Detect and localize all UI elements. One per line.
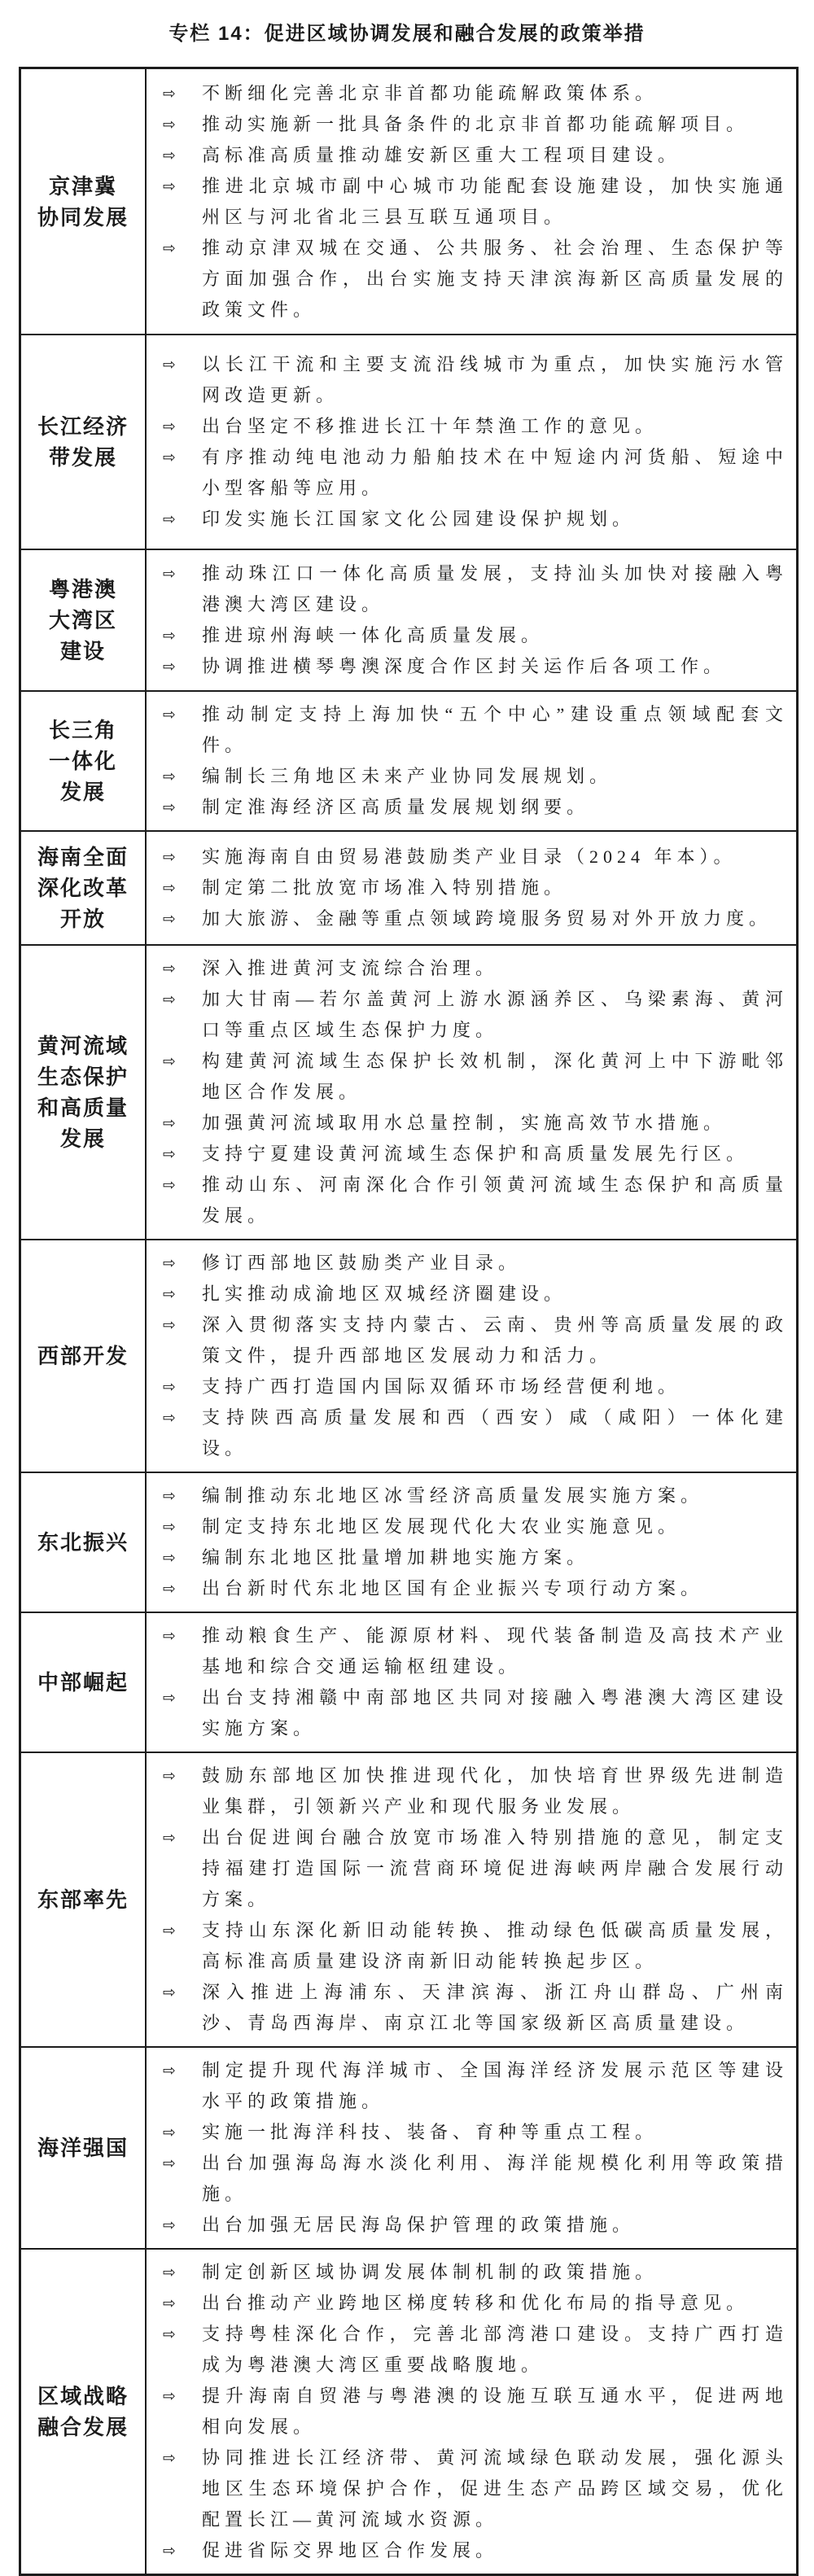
arrow-bullet-icon: ⇨ xyxy=(163,984,176,1015)
item-text: 深入推进黄河支流综合治理。 xyxy=(202,958,498,978)
items-cell: ⇨深入推进黄河支流综合治理。⇨加大甘南—若尔盖黄河上游水源涵养区、乌梁素海、黄河… xyxy=(147,946,796,1239)
table-row: 长三角一体化发展 ⇨推动制定支持上海加快“五个中心”建设重点领域配套文件。⇨编制… xyxy=(21,690,796,830)
items-cell: ⇨修订西部地区鼓励类产业目录。⇨扎实推动成渝地区双城经济圈建设。⇨深入贯彻落实支… xyxy=(147,1240,796,1472)
table-row: 西部开发 ⇨修订西部地区鼓励类产业目录。⇨扎实推动成渝地区双城经济圈建设。⇨深入… xyxy=(21,1239,796,1472)
category-cell: 中部崛起 xyxy=(21,1613,147,1752)
policy-item: ⇨深入贯彻落实支持内蒙古、云南、贵州等高质量发展的政策文件，提升西部地区发展动力… xyxy=(147,1310,788,1371)
item-text: 制定第二批放宽市场准入特别措施。 xyxy=(202,877,567,898)
policy-item: ⇨出台新时代东北地区国有企业振兴专项行动方案。 xyxy=(147,1573,788,1604)
arrow-bullet-icon: ⇨ xyxy=(163,761,176,792)
arrow-bullet-icon: ⇨ xyxy=(163,442,176,473)
policy-item: ⇨编制推动东北地区冰雪经济高质量发展实施方案。 xyxy=(147,1480,788,1511)
policy-item: ⇨不断细化完善北京非首都功能疏解政策体系。 xyxy=(147,78,788,109)
table-row: 粤港澳大湾区建设 ⇨推动珠江口一体化高质量发展，支持汕头加快对接融入粤港澳大湾区… xyxy=(21,549,796,690)
item-text: 推动实施新一批具备条件的北京非首都功能疏解项目。 xyxy=(202,114,749,134)
arrow-bullet-icon: ⇨ xyxy=(163,2055,176,2086)
table-row: 长江经济带发展 ⇨以长江干流和主要支流沿线城市为重点，加快实施污水管网改造更新。… xyxy=(21,334,796,549)
policy-item: ⇨制定淮海经济区高质量发展规划纲要。 xyxy=(147,792,788,823)
category-label-line: 建设 xyxy=(60,636,106,667)
item-text: 协调推进横琴粤澳深度合作区封关运作后各项工作。 xyxy=(202,656,726,676)
category-label-line: 长三角 xyxy=(49,715,117,746)
item-text: 出台推动产业跨地区梯度转移和优化布局的指导意见。 xyxy=(202,2293,749,2313)
policy-item: ⇨支持广西打造国内国际双循环市场经营便利地。 xyxy=(147,1371,788,1402)
item-text: 编制东北地区批量增加耕地实施方案。 xyxy=(202,1547,589,1568)
policy-item: ⇨支持宁夏建设黄河流域生态保护和高质量发展先行区。 xyxy=(147,1139,788,1170)
item-text: 制定支持东北地区发展现代化大农业实施意见。 xyxy=(202,1516,681,1537)
item-text: 出台新时代东北地区国有企业振兴专项行动方案。 xyxy=(202,1578,703,1599)
arrow-bullet-icon: ⇨ xyxy=(163,1371,176,1402)
policy-item: ⇨推进北京城市副中心城市功能配套设施建设，加快实施通州区与河北省北三县互联互通项… xyxy=(147,171,788,233)
arrow-bullet-icon: ⇨ xyxy=(163,558,176,589)
arrow-bullet-icon: ⇨ xyxy=(163,1620,176,1651)
item-text: 出台促进闽台融合放宽市场准入特别措施的意见，制定支持福建打造国际一流营商环境促进… xyxy=(202,1827,788,1909)
category-label-line: 海南全面 xyxy=(37,842,129,873)
policy-item: ⇨编制长三角地区未来产业协同发展规划。 xyxy=(147,761,788,792)
arrow-bullet-icon: ⇨ xyxy=(163,651,176,682)
arrow-bullet-icon: ⇨ xyxy=(163,1915,176,1946)
policy-item: ⇨制定创新区域协调发展体制机制的政策措施。 xyxy=(147,2257,788,2288)
category-label-line: 和高质量 xyxy=(37,1092,129,1123)
category-cell: 区域战略融合发展 xyxy=(21,2250,147,2574)
category-cell: 海南全面深化改革开放 xyxy=(21,832,147,944)
arrow-bullet-icon: ⇨ xyxy=(163,842,176,873)
arrow-bullet-icon: ⇨ xyxy=(163,699,176,730)
item-text: 有序推动纯电池动力船舶技术在中短途内河货船、短途中小型客船等应用。 xyxy=(202,447,788,498)
policy-item: ⇨加强黄河流域取用水总量控制，实施高效节水措施。 xyxy=(147,1108,788,1139)
table-row: 区域战略融合发展 ⇨制定创新区域协调发展体制机制的政策措施。⇨出台推动产业跨地区… xyxy=(21,2248,796,2574)
item-text: 加大旅游、金融等重点领域跨境服务贸易对外开放力度。 xyxy=(202,908,772,929)
arrow-bullet-icon: ⇨ xyxy=(163,2148,176,2179)
arrow-bullet-icon: ⇨ xyxy=(163,504,176,535)
category-cell: 黄河流域生态保护和高质量发展 xyxy=(21,946,147,1239)
item-text: 提升海南自贸港与粤港澳的设施互联互通水平，促进两地相向发展。 xyxy=(202,2386,788,2437)
policy-item: ⇨实施海南自由贸易港鼓励类产业目录（2024 年本）。 xyxy=(147,842,788,873)
policy-item: ⇨支持粤桂深化合作，完善北部湾港口建设。支持广西打造成为粤港澳大湾区重要战略腹地… xyxy=(147,2319,788,2381)
category-cell: 海洋强国 xyxy=(21,2048,147,2248)
arrow-bullet-icon: ⇨ xyxy=(163,78,176,109)
arrow-bullet-icon: ⇨ xyxy=(163,1511,176,1542)
policy-item: ⇨制定支持东北地区发展现代化大农业实施意见。 xyxy=(147,1511,788,1542)
items-cell: ⇨推动粮食生产、能源原材料、现代装备制造及高技术产业基地和综合交通运输枢纽建设。… xyxy=(147,1613,796,1752)
arrow-bullet-icon: ⇨ xyxy=(163,792,176,823)
category-label-line: 生态保护 xyxy=(37,1061,129,1092)
category-cell: 粤港澳大湾区建设 xyxy=(21,550,147,690)
policy-item: ⇨支持山东深化新旧动能转换、推动绿色低碳高质量发展，高标准高质量建设济南新旧动能… xyxy=(147,1915,788,1977)
arrow-bullet-icon: ⇨ xyxy=(163,953,176,984)
category-label-line: 东北振兴 xyxy=(37,1527,129,1558)
category-cell: 长三角一体化发展 xyxy=(21,692,147,830)
item-text: 支持宁夏建设黄河流域生态保护和高质量发展先行区。 xyxy=(202,1144,749,1164)
policy-item: ⇨有序推动纯电池动力船舶技术在中短途内河货船、短途中小型客船等应用。 xyxy=(147,442,788,504)
arrow-bullet-icon: ⇨ xyxy=(163,1279,176,1310)
items-cell: ⇨不断细化完善北京非首都功能疏解政策体系。⇨推动实施新一批具备条件的北京非首都功… xyxy=(147,69,796,334)
arrow-bullet-icon: ⇨ xyxy=(163,1310,176,1340)
item-text: 促进省际交界地区合作发展。 xyxy=(202,2540,498,2561)
policy-item: ⇨实施一批海洋科技、装备、育种等重点工程。 xyxy=(147,2117,788,2148)
policy-item: ⇨出台坚定不移推进长江十年禁渔工作的意见。 xyxy=(147,411,788,442)
item-text: 支持陕西高质量发展和西（西安）咸（咸阳）一体化建设。 xyxy=(202,1407,788,1459)
policy-item: ⇨协同推进长江经济带、黄河流域绿色联动发展，强化源头地区生态环境保护合作，促进生… xyxy=(147,2443,788,2535)
category-label-line: 协同发展 xyxy=(37,202,129,233)
arrow-bullet-icon: ⇨ xyxy=(163,2257,176,2288)
category-label-line: 深化改革 xyxy=(37,873,129,903)
arrow-bullet-icon: ⇨ xyxy=(163,233,176,264)
policy-item: ⇨出台加强海岛海水淡化利用、海洋能规模化利用等政策措施。 xyxy=(147,2148,788,2210)
arrow-bullet-icon: ⇨ xyxy=(163,411,176,442)
policy-item: ⇨编制东北地区批量增加耕地实施方案。 xyxy=(147,1542,788,1573)
item-text: 协同推进长江经济带、黄河流域绿色联动发展，强化源头地区生态环境保护合作，促进生态… xyxy=(202,2447,788,2530)
policy-item: ⇨以长江干流和主要支流沿线城市为重点，加快实施污水管网改造更新。 xyxy=(147,349,788,411)
arrow-bullet-icon: ⇨ xyxy=(163,1108,176,1139)
items-cell: ⇨推动珠江口一体化高质量发展，支持汕头加快对接融入粤港澳大湾区建设。⇨推进琼州海… xyxy=(147,550,796,690)
arrow-bullet-icon: ⇨ xyxy=(163,1402,176,1433)
arrow-bullet-icon: ⇨ xyxy=(163,1480,176,1511)
arrow-bullet-icon: ⇨ xyxy=(163,1760,176,1791)
policy-item: ⇨推动山东、河南深化合作引领黄河流域生态保护和高质量发展。 xyxy=(147,1170,788,1231)
category-label-line: 带发展 xyxy=(49,442,117,473)
table-row: 京津冀协同发展 ⇨不断细化完善北京非首都功能疏解政策体系。⇨推动实施新一批具备条… xyxy=(21,69,796,334)
arrow-bullet-icon: ⇨ xyxy=(163,2535,176,2566)
policy-item: ⇨支持陕西高质量发展和西（西安）咸（咸阳）一体化建设。 xyxy=(147,1402,788,1464)
arrow-bullet-icon: ⇨ xyxy=(163,1139,176,1170)
policy-item: ⇨加大旅游、金融等重点领域跨境服务贸易对外开放力度。 xyxy=(147,903,788,934)
item-text: 编制推动东北地区冰雪经济高质量发展实施方案。 xyxy=(202,1485,703,1506)
arrow-bullet-icon: ⇨ xyxy=(163,1977,176,2008)
category-label-line: 粤港澳 xyxy=(49,574,117,605)
arrow-bullet-icon: ⇨ xyxy=(163,349,176,380)
category-cell: 东部率先 xyxy=(21,1753,147,2046)
arrow-bullet-icon: ⇨ xyxy=(163,903,176,934)
table-row: 中部崛起 ⇨推动粮食生产、能源原材料、现代装备制造及高技术产业基地和综合交通运输… xyxy=(21,1612,796,1752)
item-text: 制定提升现代海洋城市、全国海洋经济发展示范区等建设水平的政策措施。 xyxy=(202,2060,788,2111)
arrow-bullet-icon: ⇨ xyxy=(163,2443,176,2473)
item-text: 推动山东、河南深化合作引领黄河流域生态保护和高质量发展。 xyxy=(202,1174,788,1226)
arrow-bullet-icon: ⇨ xyxy=(163,1542,176,1573)
category-cell: 东北振兴 xyxy=(21,1473,147,1612)
item-text: 修订西部地区鼓励类产业目录。 xyxy=(202,1253,521,1273)
arrow-bullet-icon: ⇨ xyxy=(163,873,176,903)
item-text: 实施海南自由贸易港鼓励类产业目录（2024 年本）。 xyxy=(202,846,737,867)
arrow-bullet-icon: ⇨ xyxy=(163,2210,176,2241)
item-text: 不断细化完善北京非首都功能疏解政策体系。 xyxy=(202,83,658,103)
category-label-line: 海洋强国 xyxy=(37,2132,129,2163)
policy-item: ⇨扎实推动成渝地区双城经济圈建设。 xyxy=(147,1279,788,1310)
arrow-bullet-icon: ⇨ xyxy=(163,1046,176,1077)
policy-item: ⇨构建黄河流域生态保护长效机制，深化黄河上中下游毗邻地区合作发展。 xyxy=(147,1046,788,1108)
arrow-bullet-icon: ⇨ xyxy=(163,1573,176,1604)
policy-item: ⇨修订西部地区鼓励类产业目录。 xyxy=(147,1248,788,1279)
category-label-line: 区域战略 xyxy=(37,2381,129,2412)
category-label-line: 长江经济 xyxy=(37,411,129,442)
arrow-bullet-icon: ⇨ xyxy=(163,140,176,171)
policy-item: ⇨高标准高质量推动雄安新区重大工程项目建设。 xyxy=(147,140,788,171)
category-label-line: 黄河流域 xyxy=(37,1030,129,1061)
item-text: 以长江干流和主要支流沿线城市为重点，加快实施污水管网改造更新。 xyxy=(202,354,788,405)
item-text: 支持山东深化新旧动能转换、推动绿色低碳高质量发展，高标准高质量建设济南新旧动能转… xyxy=(202,1920,788,1971)
policy-item: ⇨出台促进闽台融合放宽市场准入特别措施的意见，制定支持福建打造国际一流营商环境促… xyxy=(147,1822,788,1915)
items-cell: ⇨编制推动东北地区冰雪经济高质量发展实施方案。⇨制定支持东北地区发展现代化大农业… xyxy=(147,1473,796,1612)
category-label-line: 大湾区 xyxy=(49,605,117,636)
policy-table: 京津冀协同发展 ⇨不断细化完善北京非首都功能疏解政策体系。⇨推动实施新一批具备条… xyxy=(19,67,799,2576)
policy-item: ⇨制定提升现代海洋城市、全国海洋经济发展示范区等建设水平的政策措施。 xyxy=(147,2055,788,2117)
arrow-bullet-icon: ⇨ xyxy=(163,1822,176,1853)
item-text: 出台支持湘赣中南部地区共同对接融入粤港澳大湾区建设实施方案。 xyxy=(202,1687,788,1738)
item-text: 高标准高质量推动雄安新区重大工程项目建设。 xyxy=(202,145,681,165)
policy-item: ⇨提升海南自贸港与粤港澳的设施互联互通水平，促进两地相向发展。 xyxy=(147,2381,788,2443)
category-cell: 长江经济带发展 xyxy=(21,335,147,549)
item-text: 加大甘南—若尔盖黄河上游水源涵养区、乌梁素海、黄河口等重点区域生态保护力度。 xyxy=(202,989,788,1040)
items-cell: ⇨推动制定支持上海加快“五个中心”建设重点领域配套文件。⇨编制长三角地区未来产业… xyxy=(147,692,796,830)
item-text: 深入贯彻落实支持内蒙古、云南、贵州等高质量发展的政策文件，提升西部地区发展动力和… xyxy=(202,1314,788,1366)
policy-item: ⇨促进省际交界地区合作发展。 xyxy=(147,2535,788,2566)
category-label-line: 东部率先 xyxy=(37,1884,129,1915)
policy-item: ⇨推动珠江口一体化高质量发展，支持汕头加快对接融入粤港澳大湾区建设。 xyxy=(147,558,788,620)
item-text: 支持广西打造国内国际双循环市场经营便利地。 xyxy=(202,1376,681,1397)
category-label-line: 中部崛起 xyxy=(37,1667,129,1698)
item-text: 出台加强无居民海岛保护管理的政策措施。 xyxy=(202,2215,635,2235)
policy-item: ⇨协调推进横琴粤澳深度合作区封关运作后各项工作。 xyxy=(147,651,788,682)
arrow-bullet-icon: ⇨ xyxy=(163,171,176,202)
policy-item: ⇨推动京津双城在交通、公共服务、社会治理、生态保护等方面加强合作，出台实施支持天… xyxy=(147,233,788,326)
item-text: 编制长三角地区未来产业协同发展规划。 xyxy=(202,766,612,786)
item-text: 推进北京城市副中心城市功能配套设施建设，加快实施通州区与河北省北三县互联互通项目… xyxy=(202,176,788,227)
item-text: 推动京津双城在交通、公共服务、社会治理、生态保护等方面加强合作，出台实施支持天津… xyxy=(202,238,788,320)
table-row: 东北振兴 ⇨编制推动东北地区冰雪经济高质量发展实施方案。⇨制定支持东北地区发展现… xyxy=(21,1472,796,1612)
arrow-bullet-icon: ⇨ xyxy=(163,1248,176,1279)
policy-item: ⇨鼓励东部地区加快推进现代化，加快培育世界级先进制造业集群，引领新兴产业和现代服… xyxy=(147,1760,788,1822)
item-text: 扎实推动成渝地区双城经济圈建设。 xyxy=(202,1284,567,1304)
policy-item: ⇨出台加强无居民海岛保护管理的政策措施。 xyxy=(147,2210,788,2241)
item-text: 鼓励东部地区加快推进现代化，加快培育世界级先进制造业集群，引领新兴产业和现代服务… xyxy=(202,1765,788,1817)
item-text: 制定淮海经济区高质量发展规划纲要。 xyxy=(202,797,589,817)
item-text: 制定创新区域协调发展体制机制的政策措施。 xyxy=(202,2262,658,2282)
item-text: 出台加强海岛海水淡化利用、海洋能规模化利用等政策措施。 xyxy=(202,2153,788,2204)
item-text: 推动珠江口一体化高质量发展，支持汕头加快对接融入粤港澳大湾区建设。 xyxy=(202,563,788,614)
item-text: 构建黄河流域生态保护长效机制，深化黄河上中下游毗邻地区合作发展。 xyxy=(202,1051,788,1102)
arrow-bullet-icon: ⇨ xyxy=(163,1170,176,1201)
category-label-line: 一体化 xyxy=(49,746,117,776)
category-label-line: 京津冀 xyxy=(49,171,117,202)
policy-item: ⇨深入推进上海浦东、天津滨海、浙江舟山群岛、广州南沙、青岛西海岸、南京江北等国家… xyxy=(147,1977,788,2039)
policy-item: ⇨推动粮食生产、能源原材料、现代装备制造及高技术产业基地和综合交通运输枢纽建设。 xyxy=(147,1620,788,1682)
arrow-bullet-icon: ⇨ xyxy=(163,1682,176,1713)
arrow-bullet-icon: ⇨ xyxy=(163,2117,176,2148)
category-label-line: 融合发展 xyxy=(37,2412,129,2443)
category-cell: 京津冀协同发展 xyxy=(21,69,147,334)
table-row: 东部率先 ⇨鼓励东部地区加快推进现代化，加快培育世界级先进制造业集群，引领新兴产… xyxy=(21,1752,796,2046)
arrow-bullet-icon: ⇨ xyxy=(163,620,176,651)
policy-item: ⇨出台推动产业跨地区梯度转移和优化布局的指导意见。 xyxy=(147,2288,788,2319)
items-cell: ⇨制定创新区域协调发展体制机制的政策措施。⇨出台推动产业跨地区梯度转移和优化布局… xyxy=(147,2250,796,2574)
items-cell: ⇨以长江干流和主要支流沿线城市为重点，加快实施污水管网改造更新。⇨出台坚定不移推… xyxy=(147,335,796,549)
arrow-bullet-icon: ⇨ xyxy=(163,2319,176,2350)
policy-item: ⇨加大甘南—若尔盖黄河上游水源涵养区、乌梁素海、黄河口等重点区域生态保护力度。 xyxy=(147,984,788,1046)
item-text: 推动粮食生产、能源原材料、现代装备制造及高技术产业基地和综合交通运输枢纽建设。 xyxy=(202,1625,788,1677)
items-cell: ⇨鼓励东部地区加快推进现代化，加快培育世界级先进制造业集群，引领新兴产业和现代服… xyxy=(147,1753,796,2046)
category-label-line: 西部开发 xyxy=(37,1340,129,1371)
item-text: 加强黄河流域取用水总量控制，实施高效节水措施。 xyxy=(202,1113,726,1133)
table-row: 海南全面深化改革开放 ⇨实施海南自由贸易港鼓励类产业目录（2024 年本）。⇨制… xyxy=(21,830,796,944)
items-cell: ⇨实施海南自由贸易港鼓励类产业目录（2024 年本）。⇨制定第二批放宽市场准入特… xyxy=(147,832,796,944)
item-text: 支持粤桂深化合作，完善北部湾港口建设。支持广西打造成为粤港澳大湾区重要战略腹地。 xyxy=(202,2324,788,2375)
item-text: 深入推进上海浦东、天津滨海、浙江舟山群岛、广州南沙、青岛西海岸、南京江北等国家级… xyxy=(202,1982,788,2033)
arrow-bullet-icon: ⇨ xyxy=(163,109,176,140)
policy-item: ⇨深入推进黄河支流综合治理。 xyxy=(147,953,788,984)
policy-item: ⇨推动实施新一批具备条件的北京非首都功能疏解项目。 xyxy=(147,109,788,140)
arrow-bullet-icon: ⇨ xyxy=(163,2381,176,2412)
item-text: 实施一批海洋科技、装备、育种等重点工程。 xyxy=(202,2122,658,2142)
category-label-line: 发展 xyxy=(60,1123,106,1154)
policy-item: ⇨制定第二批放宽市场准入特别措施。 xyxy=(147,873,788,903)
category-label-line: 发展 xyxy=(60,776,106,807)
category-cell: 西部开发 xyxy=(21,1240,147,1472)
item-text: 印发实施长江国家文化公园建设保护规划。 xyxy=(202,509,635,529)
table-row: 海洋强国 ⇨制定提升现代海洋城市、全国海洋经济发展示范区等建设水平的政策措施。⇨… xyxy=(21,2046,796,2248)
item-text: 出台坚定不移推进长江十年禁渔工作的意见。 xyxy=(202,416,658,436)
table-row: 黄河流域生态保护和高质量发展 ⇨深入推进黄河支流综合治理。⇨加大甘南—若尔盖黄河… xyxy=(21,944,796,1239)
policy-item: ⇨推动制定支持上海加快“五个中心”建设重点领域配套文件。 xyxy=(147,699,788,761)
items-cell: ⇨制定提升现代海洋城市、全国海洋经济发展示范区等建设水平的政策措施。⇨实施一批海… xyxy=(147,2048,796,2248)
arrow-bullet-icon: ⇨ xyxy=(163,2288,176,2319)
page-title: 专栏 14：促进区域协调发展和融合发展的政策举措 xyxy=(0,23,814,46)
item-text: 推进琼州海峡一体化高质量发展。 xyxy=(202,625,544,645)
category-label-line: 开放 xyxy=(60,903,106,934)
policy-item: ⇨印发实施长江国家文化公园建设保护规划。 xyxy=(147,504,788,535)
document-page: 专栏 14：促进区域协调发展和融合发展的政策举措 京津冀协同发展 ⇨不断细化完善… xyxy=(0,0,814,2576)
policy-item: ⇨推进琼州海峡一体化高质量发展。 xyxy=(147,620,788,651)
policy-item: ⇨出台支持湘赣中南部地区共同对接融入粤港澳大湾区建设实施方案。 xyxy=(147,1682,788,1744)
item-text: 推动制定支持上海加快“五个中心”建设重点领域配套文件。 xyxy=(202,704,788,755)
